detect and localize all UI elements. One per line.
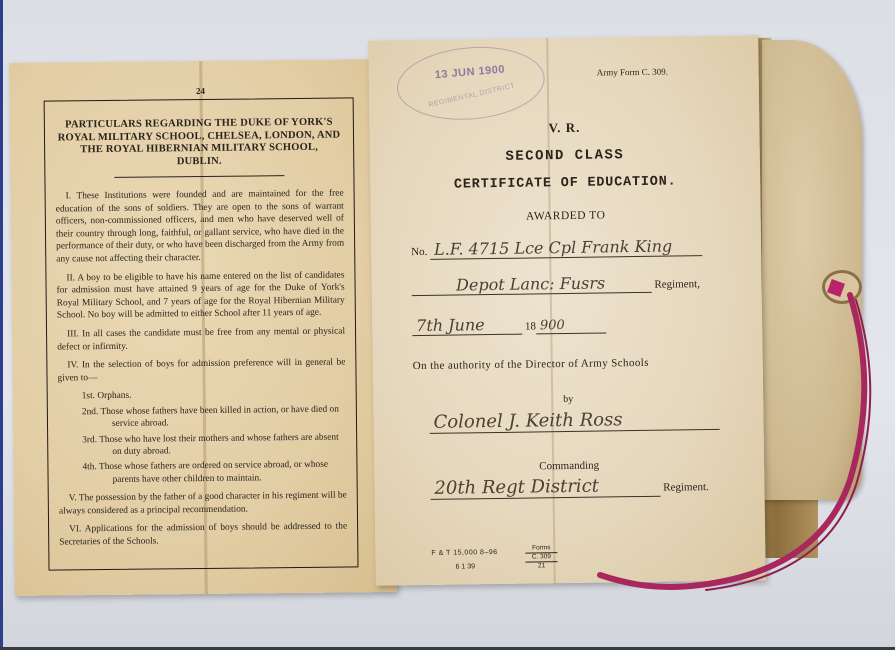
printer-code: 6 1 39 xyxy=(456,563,476,570)
particulars-title: PARTICULARS REGARDING THE DUKE OF YORK'S… xyxy=(57,117,342,170)
number-label: No. xyxy=(411,246,427,258)
particulars-box: PARTICULARS REGARDING THE DUKE OF YORK'S… xyxy=(44,97,359,570)
preference-item: 2nd. Those whose fathers have been kille… xyxy=(82,403,344,431)
preference-item: 4th. Those whose fathers are ordered on … xyxy=(82,459,344,487)
date-stamp: 13 JUN 1900 REGIMENTAL DISTRICT xyxy=(394,41,548,125)
paragraph-vi: VI. Applications for the admission of bo… xyxy=(59,521,347,549)
authority-text: On the authority of the Director of Army… xyxy=(413,356,733,372)
printer-imprint: F & T 15,000 8–96 xyxy=(431,549,497,557)
year-value: 900 xyxy=(536,317,606,334)
certificate-page: 13 JUN 1900 REGIMENTAL DISTRICT Army For… xyxy=(368,35,766,585)
recipient-name: L.F. 4715 Lce Cpl Frank King xyxy=(430,236,702,260)
regiment-label: Regiment, xyxy=(654,278,700,291)
signatory-signature: Colonel J. Keith Ross xyxy=(429,408,719,434)
certificate-class: SECOND CLASS xyxy=(370,145,760,166)
by-label: by xyxy=(373,391,763,407)
district-label: Regiment. xyxy=(663,481,709,494)
preference-list: 1st. Orphans. 2nd. Those whose fathers h… xyxy=(56,388,349,487)
date-value: 7th June xyxy=(412,315,522,337)
certificate-title: CERTIFICATE OF EDUCATION. xyxy=(370,173,760,193)
scan-edge-left xyxy=(0,0,3,650)
paragraph-v: V. The possession by the father of a goo… xyxy=(59,490,347,518)
title-divider xyxy=(114,175,284,178)
awarded-to-label: AWARDED TO xyxy=(371,207,761,224)
recipient-row: No. L.F. 4715 Lce Cpl Frank King xyxy=(411,236,731,260)
eyelet-icon xyxy=(822,270,862,304)
district-row: 20th Regt District Regiment. xyxy=(430,473,750,499)
date-row: 7th June 18900 xyxy=(412,312,732,336)
paragraph-ii: II. A boy to be eligible to have his nam… xyxy=(56,269,345,322)
paragraph-i: I. These Institutions were founded and a… xyxy=(56,188,345,267)
ribbon-tab xyxy=(827,279,845,297)
preference-item: 3rd. Those who have lost their mothers a… xyxy=(82,431,344,459)
army-form-number: Army Form C. 309. xyxy=(597,67,668,78)
forms-bottom: 21 xyxy=(526,562,558,570)
signatory-row: Colonel J. Keith Ross xyxy=(429,407,749,433)
forms-reference: Forms C. 309 21 xyxy=(525,544,557,570)
district-value: 20th Regt District xyxy=(430,475,660,500)
commanding-label: Commanding xyxy=(374,457,764,474)
year-prefix: 18 xyxy=(525,320,536,332)
preference-item: 1st. Orphans. xyxy=(82,388,344,403)
paragraph-iv: IV. In the selection of boys for admissi… xyxy=(57,357,345,385)
regiment-value: Depot Lanc: Fusrs xyxy=(412,273,652,296)
left-page: 24 PARTICULARS REGARDING THE DUKE OF YOR… xyxy=(9,59,397,596)
royal-cipher: V. R. xyxy=(369,117,759,138)
page-number: 24 xyxy=(9,84,391,98)
regiment-row: Depot Lanc: Fusrs Regiment, xyxy=(412,272,732,296)
forms-mid: C. 309 xyxy=(525,552,557,562)
paragraph-iii: III. In all cases the candidate must be … xyxy=(57,325,345,353)
